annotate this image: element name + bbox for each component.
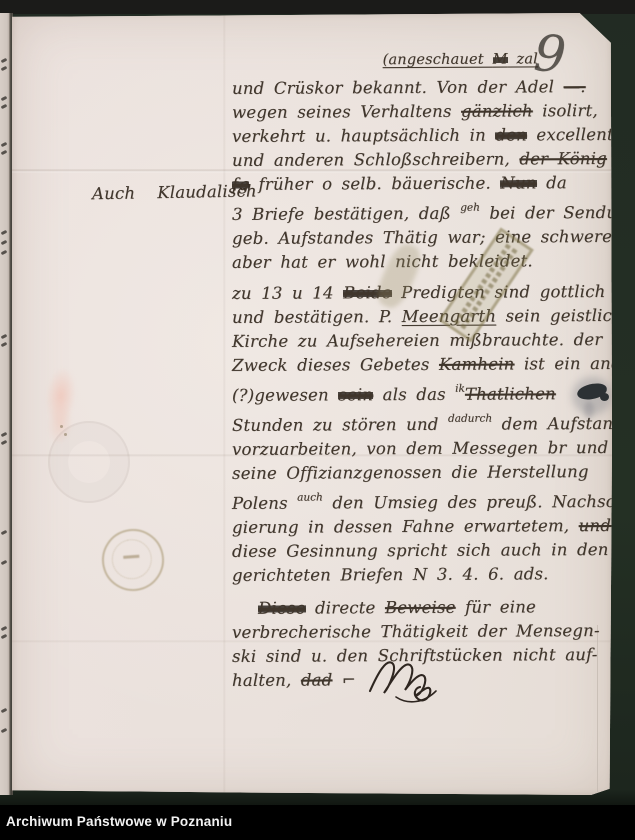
neighbor-ink-mark [1,250,8,255]
struck-word: den [495,125,527,144]
inserted-word: ik [455,383,465,395]
margin-note: AuchKlaudalisch [92,182,242,204]
handwritten-line: und anderen Schloßschreibern, der König [232,147,590,173]
handwritten-line: Polens auch den Umsieg des preuß. Nachsc… [232,484,590,516]
struck-word: gänzlich [461,101,533,120]
handwritten-word: dem Aufstande [492,414,634,434]
postmark-inner-ring [108,536,155,583]
top-annotation: (angeschauet M zal [232,48,590,72]
handwritten-word: verbrecherische Thätigkeit der Mensegn- [232,621,600,642]
margin-word: Klaudalisch [157,181,257,202]
handwritten-word: den Umsieg des preuß. Nachschlag u. Re- [323,491,635,512]
archival-scan-viewer: 9 (angeschauet M zal und Crüskor bekannt… [0,0,635,840]
handwritten-word: diese Gesinnung spricht sich auch in den… [232,540,635,561]
struck-word: Nun [500,173,536,192]
handwritten-word: directe [305,598,385,617]
neighbor-ink-mark [1,58,8,63]
handwritten-line: (?)gewesen sein als das ikThatlichen [232,376,590,408]
inserted-word: geh [460,202,480,214]
neighbor-ink-mark [1,104,8,109]
handwritten-word: excellenten [527,125,635,145]
struck-word: und in [579,516,635,535]
struck-word: Beweise [385,598,456,617]
handwritten-word: (?)gewesen [232,385,338,405]
embossed-seal-ring [48,421,130,503]
struck-word: der König [519,149,607,168]
neighbor-ink-mark [1,560,8,565]
handwritten-word: geb. Aufstandes Thätig war; eine schwere… [232,227,635,248]
handwritten-word: seine Offizianzgenossen die Herstellung [232,462,589,483]
handwritten-word: gierung in dessen Fahne erwartetem, [232,516,579,537]
torn-page-edges [597,625,612,793]
handwritten-word: wegen seines Verhaltens [232,102,461,122]
paragraph: zu 13 u 14 Beide Predigten sind gottlich… [232,281,590,587]
neighbor-ink-mark [1,66,8,71]
handwritten-word: früher o selb. bäuerische. [249,174,500,194]
handwritten-line: fg früher o selb. bäuerische. Nun da [232,171,590,197]
archive-caption-bar: Archiwum Państwowe w Poznaniu [0,805,635,840]
handwritten-line: wegen seines Verhaltens gänzlich isolirt… [232,99,590,125]
manuscript-paragraphs: und Crüskor bekannt. Von der Adel —.wege… [232,76,590,692]
handwritten-line: Zweck dieses Gebetes Kamhein ist ein and… [232,352,590,378]
neighbor-ink-mark [1,530,8,535]
handwritten-word: Predigten sind gottlich aufregend [392,281,635,302]
handwritten-word: bei der Sendung des [480,203,635,223]
inserted-word: dadurch [448,413,492,425]
neighbor-ink-mark [1,432,8,437]
neighbor-ink-mark [1,150,8,155]
handwritten-word: Stunden zu stören und [232,415,448,435]
handwritten-word: (angeschauet [383,52,493,69]
handwritten-word: sein geistliches [496,306,635,326]
scan-background-top [0,0,635,14]
handwritten-word: Kirche zu Aufsehereien mißbrauchte. der [232,330,603,351]
struck-word: Thatlichen [465,384,556,403]
neighbor-ink-mark [1,440,8,445]
handwritten-word: und Crüskor bekannt. Von der Adel [232,77,564,98]
ink-speck [60,425,63,428]
archive-name: Archiwum Państwowe w Poznaniu [6,814,232,829]
neighbor-ink-mark [1,230,8,235]
signature-flourish [368,651,452,709]
handwritten-line: und Crüskor bekannt. Von der Adel —. [232,75,590,101]
neighbor-ink-mark [1,728,8,733]
handwritten-word: Zweck dieses Gebetes [232,355,439,375]
margin-word: Auch [92,184,136,204]
handwritten-line: und bestätigen. P. Meengarth sein geistl… [232,304,590,330]
struck-word: —. [563,77,585,96]
handwritten-word: zal [508,51,538,67]
handwritten-line: vorzuarbeiten, von dem Messegen br und [232,436,590,462]
ink-speck [64,433,67,436]
neighbor-ink-mark [1,626,8,631]
handwritten-line: gierung in dessen Fahne erwartetem, und … [232,514,590,540]
neighbor-ink-mark [1,708,8,713]
neighbor-ink-mark [1,142,8,147]
neighbor-ink-mark [1,634,8,639]
handwritten-line: verkehrt u. hauptsächlich in den excelle… [232,123,590,149]
handwritten-word: verkehrt u. hauptsächlich in [232,126,495,146]
handwritten-word: und bestätigen. P. [232,307,402,327]
inserted-word: auch [297,491,323,503]
handwritten-line: gerichteten Briefen N 3. 4. 6. ads. [232,562,590,588]
handwritten-text-block: (angeschauet M zal und Crüskor bekannt. … [232,48,590,692]
struck-word: dad [301,670,333,689]
handwritten-word: für eine [456,597,536,616]
handwritten-word: ⌐ [332,670,356,689]
handwritten-word: vorzuarbeiten, von dem Messegen br und [232,438,608,459]
handwritten-line: (angeschauet M zal [232,47,590,73]
handwritten-word: 3 Briefe bestätigen, daß [232,204,460,224]
ink-blot-dot [600,393,609,401]
struck-word: M [493,51,508,67]
handwritten-word: gerichteten Briefen N 3. 4. 6. ads. [232,564,549,585]
neighbor-ink-mark [1,96,8,101]
handwritten-line: 3 Briefe bestätigen, daß geh bei der Sen… [232,195,590,227]
handwritten-word: als das [373,385,455,404]
handwritten-word: halten, [232,671,301,690]
handwritten-line: Stunden zu stören und dadurch dem Aufsta… [232,406,590,438]
handwritten-word: isolirt, [533,101,598,120]
ink-blot-bleed [584,401,594,419]
struck-word: Kamhein [439,354,515,373]
round-postmark-stamp [96,523,170,597]
handwritten-line: seine Offizianzgenossen die Herstellung [232,460,590,486]
handwritten-word: und anderen Schloßschreibern, [232,149,519,170]
neighbor-ink-mark [1,342,8,347]
handwritten-line: Kirche zu Aufsehereien mißbrauchte. der [232,328,590,354]
struck-word: Diese [258,599,306,618]
handwritten-word: zu 13 u 14 [232,283,343,303]
handwritten-line: verbrecherische Thätigkeit der Mensegn- [232,619,590,645]
handwritten-line: diese Gesinnung spricht sich auch in den… [232,538,590,564]
handwritten-word: da [537,173,567,192]
manuscript-page: 9 (angeschauet M zal und Crüskor bekannt… [12,13,612,795]
handwritten-line: Diese directe Beweise für eine [232,595,590,621]
neighbor-ink-mark [1,334,8,339]
neighbor-ink-mark [1,240,8,245]
struck-word: sein [338,385,373,404]
ink-blot [570,371,614,423]
handwritten-word: Polens [232,494,297,513]
